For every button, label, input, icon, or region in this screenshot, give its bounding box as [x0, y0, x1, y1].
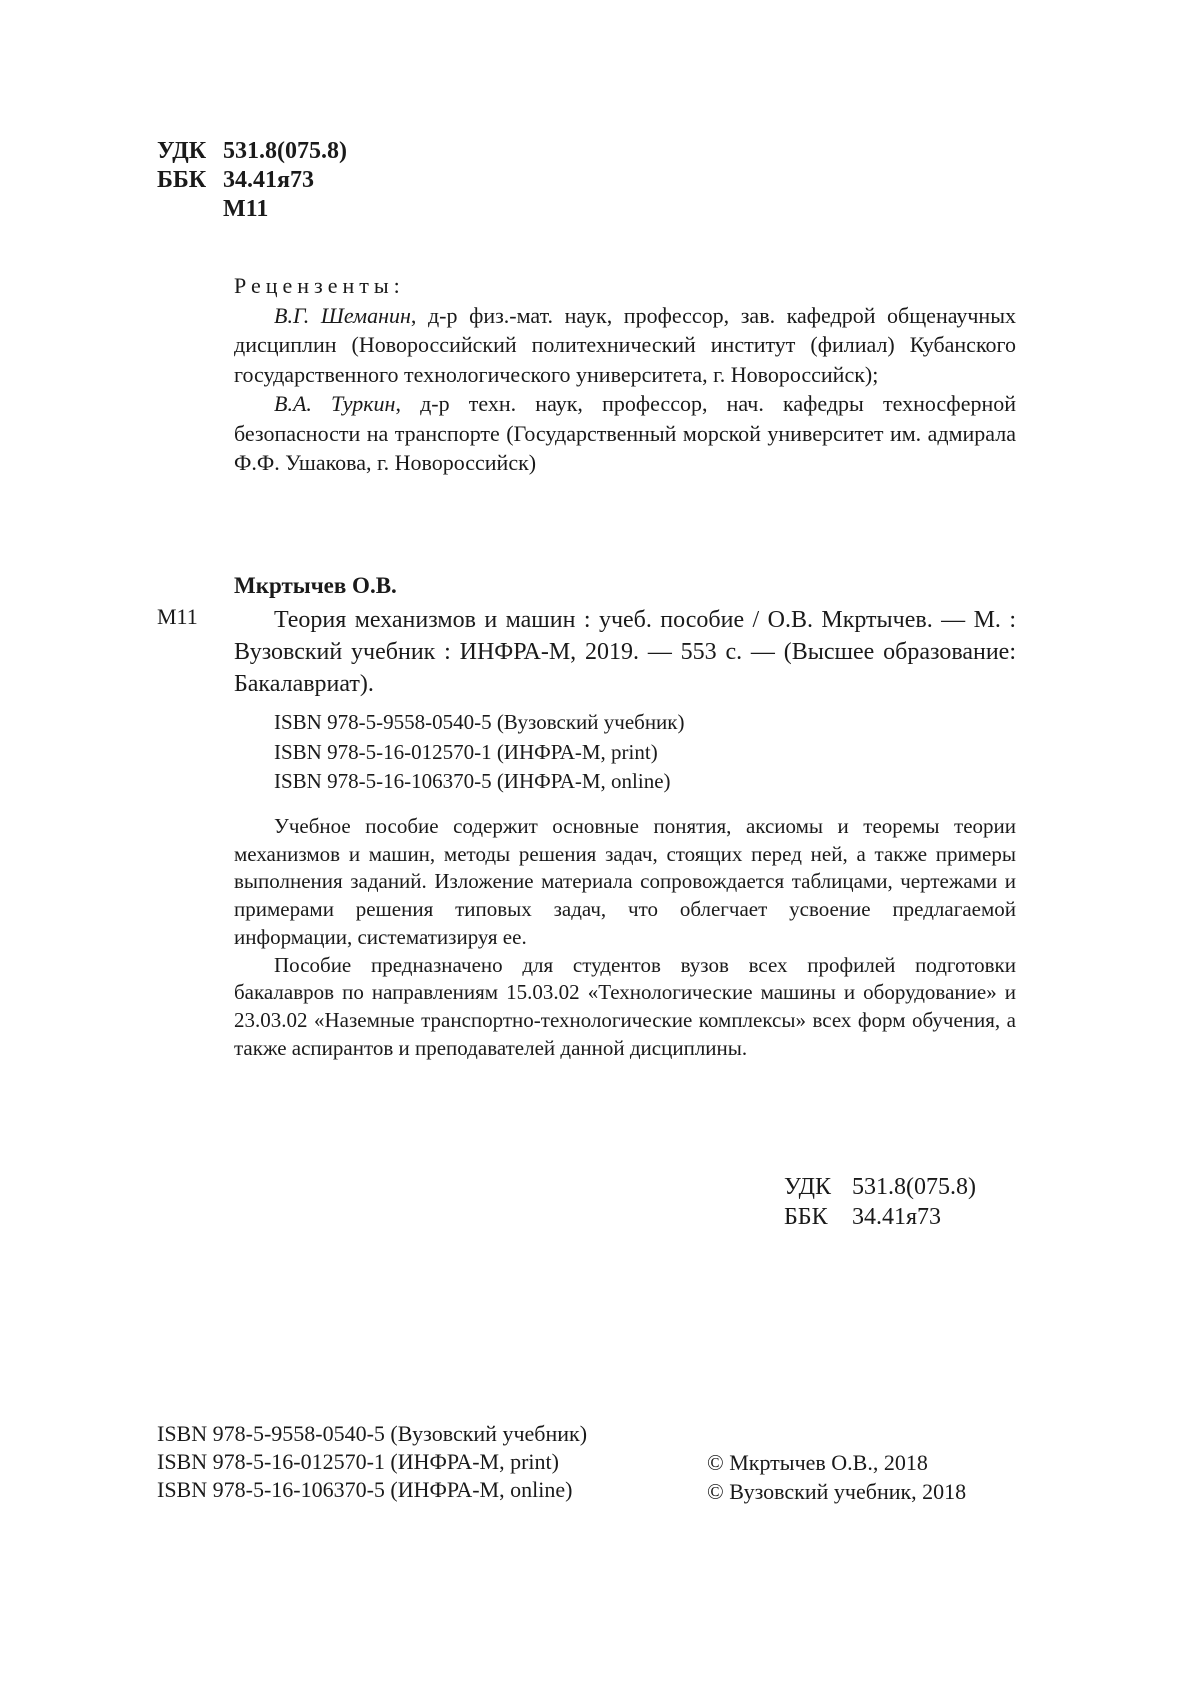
reviewer-entry: В.Г. Шеманин, д-р физ.-мат. наук, профес… [234, 301, 1016, 390]
abstract-paragraph: Пособие предназначено для студентов вузо… [234, 952, 1016, 1063]
bibliographic-description: Теория механизмов и машин : учеб. пособи… [234, 604, 1016, 700]
reviewer-name: В.А. Туркин [274, 391, 395, 416]
isbn-line: ISBN 978-5-9558-0540-5 (Вузовский учебни… [157, 1420, 587, 1448]
catalog-classification-codes: УДК 531.8(075.8) ББК 34.41я73 [784, 1172, 976, 1232]
catalog-mark: М11 [157, 604, 198, 630]
reviewers-section: Рецензенты: В.Г. Шеманин, д-р физ.-мат. … [234, 271, 1016, 478]
isbn-line: ISBN 978-5-16-012570-1 (ИНФРА-М, print) [157, 1448, 587, 1476]
isbn-line: ISBN 978-5-16-106370-5 (ИНФРА-М, online) [274, 767, 685, 797]
abstract-paragraph: Учебное пособие содержит основные поняти… [234, 813, 1016, 952]
udk-value: 531.8(075.8) [223, 137, 347, 166]
copyright-line: © Вузовский учебник, 2018 [707, 1477, 966, 1506]
udk-row: УДК 531.8(075.8) [157, 137, 347, 166]
isbn-line: ISBN 978-5-9558-0540-5 (Вузовский учебни… [274, 708, 685, 738]
bbk-label: ББК [784, 1202, 852, 1232]
bbk-label: ББК [157, 166, 223, 195]
author-mark-row: М11 [157, 195, 347, 224]
isbn-line: ISBN 978-5-16-106370-5 (ИНФРА-М, online) [157, 1476, 587, 1504]
reviewers-title: Рецензенты: [234, 271, 1016, 301]
udk-label: УДК [784, 1172, 852, 1202]
udk-row: УДК 531.8(075.8) [784, 1172, 976, 1202]
bbk-row: ББК 34.41я73 [157, 166, 347, 195]
catalog-isbn-list: ISBN 978-5-9558-0540-5 (Вузовский учебни… [274, 708, 685, 797]
bbk-value: 34.41я73 [223, 166, 314, 195]
copyright-line: © Мкртычев О.В., 2018 [707, 1448, 966, 1477]
abstract: Учебное пособие содержит основные поняти… [234, 813, 1016, 1062]
bbk-value: 34.41я73 [852, 1202, 941, 1232]
reviewer-name: В.Г. Шеманин [274, 303, 411, 328]
udk-value: 531.8(075.8) [852, 1172, 976, 1202]
bbk-row: ББК 34.41я73 [784, 1202, 976, 1232]
footer-isbn-list: ISBN 978-5-9558-0540-5 (Вузовский учебни… [157, 1420, 587, 1504]
udk-label: УДК [157, 137, 223, 166]
isbn-line: ISBN 978-5-16-012570-1 (ИНФРА-М, print) [274, 738, 685, 768]
copyright-block: © Мкртычев О.В., 2018 © Вузовский учебни… [707, 1448, 966, 1506]
catalog-author: Мкртычев О.В. [234, 573, 397, 599]
reviewer-entry: В.А. Туркин, д-р техн. наук, профессор, … [234, 389, 1016, 478]
classification-codes: УДК 531.8(075.8) ББК 34.41я73 М11 [157, 137, 347, 224]
author-mark: М11 [223, 195, 268, 224]
